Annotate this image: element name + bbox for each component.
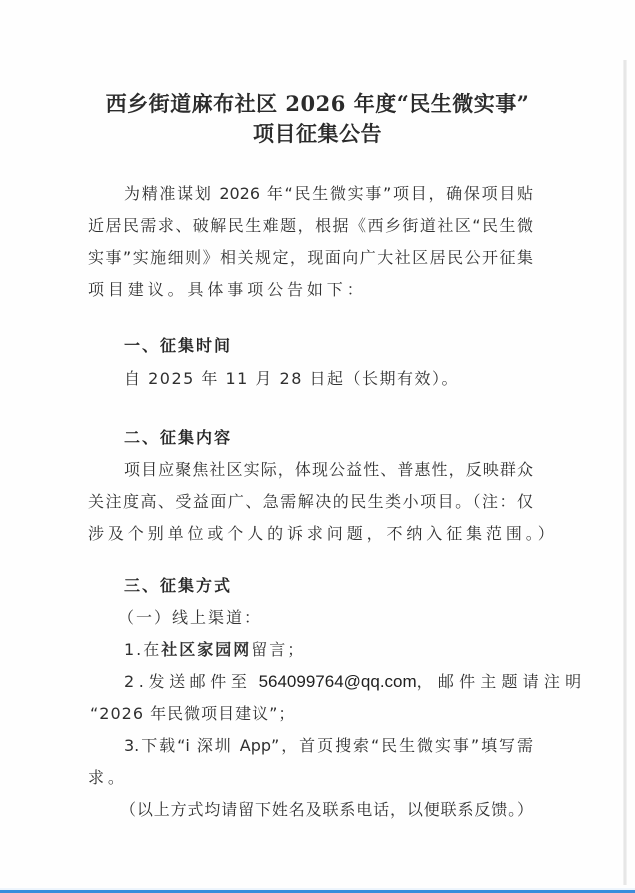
document-title-line1: 西乡街道麻布社区 2026 年度“民生微实事” bbox=[60, 88, 575, 118]
document-title-line2: 项目征集公告 bbox=[60, 118, 575, 148]
content-line-3: 涉及个别单位或个人的诉求问题，不纳入征集范围。） bbox=[88, 524, 538, 544]
item2-prefix: 2.发送邮件至 bbox=[124, 672, 251, 691]
method-item-2: 2.发送邮件至 564099764@qq.com，邮件主题请注明 bbox=[124, 672, 574, 692]
collection-time-text: 自 2025 年 11 月 28 日起（长期有效）。 bbox=[124, 369, 574, 389]
section-heading-time: 一、征集时间 bbox=[124, 336, 574, 356]
email-address: 564099764@qq.com bbox=[259, 672, 417, 691]
community-home-network: 社区家园网 bbox=[161, 640, 251, 659]
intro-line-3: 实事”实施细则》相关规定，现面向广大社区居民公开征集 bbox=[88, 248, 533, 268]
document-page: 西乡街道麻布社区 2026 年度“民生微实事” 项目征集公告 为精准谋划 202… bbox=[0, 0, 635, 888]
section-heading-content: 二、征集内容 bbox=[124, 428, 574, 448]
method-item-1: 1.在社区家园网留言； bbox=[124, 640, 574, 660]
scan-edge-shadow bbox=[623, 60, 627, 885]
intro-line-4: 项目建议。具体事项公告如下： bbox=[88, 280, 538, 300]
online-channel-subheading: （一）线上渠道： bbox=[118, 608, 568, 628]
method-item-3-line-1: 3.下载“i 深圳 App”，首页搜索“民生微实事”填写需 bbox=[124, 736, 533, 756]
method-item-2-continued: “2026 年民微项目建议”； bbox=[90, 704, 540, 724]
method-item-3-line-2: 求。 bbox=[88, 768, 538, 788]
item2-suffix: ，邮件主题请注明 bbox=[417, 672, 587, 691]
contact-note: （以上方式均请留下姓名及联系电话，以便联系反馈。） bbox=[120, 800, 533, 820]
item1-prefix: 1.在 bbox=[124, 640, 161, 659]
content-line-2: 关注度高、受益面广、急需解决的民生类小项目。（注：仅 bbox=[88, 492, 533, 512]
content-line-1: 项目应聚焦社区实际，体现公益性、普惠性，反映群众 bbox=[124, 460, 533, 480]
intro-line-2: 近居民需求、破解民生难题，根据《西乡街道社区“民生微 bbox=[88, 216, 533, 236]
intro-line-1: 为精准谋划 2026 年“民生微实事”项目，确保项目贴 bbox=[124, 184, 533, 204]
section-heading-method: 三、征集方式 bbox=[124, 576, 574, 596]
item1-suffix: 留言； bbox=[251, 640, 305, 659]
